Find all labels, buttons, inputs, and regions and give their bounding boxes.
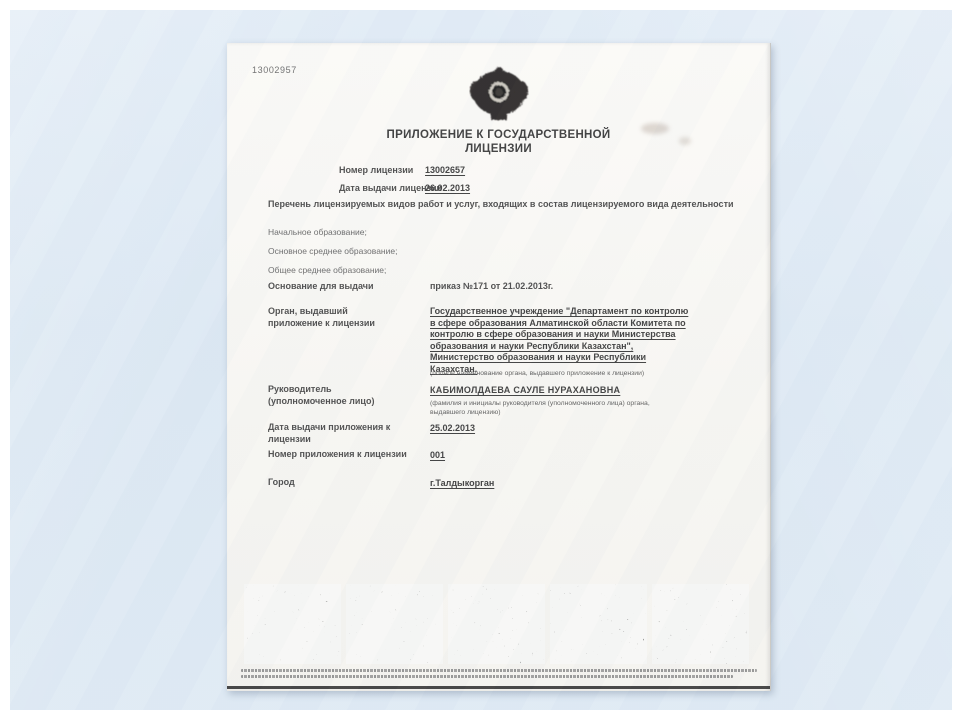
- city-value: г.Талдыкорган: [430, 478, 494, 490]
- scanned-license-document: 13002957: [227, 43, 771, 691]
- fine-print-line: [241, 669, 757, 672]
- serial-number: 13002957: [252, 65, 297, 75]
- appendix-number-label: Номер приложения к лицензии: [268, 449, 418, 461]
- license-number-value: 13002657: [425, 165, 465, 177]
- authority-label: Орган, выдавший приложение к лицензии: [268, 306, 398, 329]
- head-caption-line1: (фамилия и инициалы руководителя (уполно…: [430, 400, 730, 409]
- basis-value: приказ №171 от 21.02.2013г.: [430, 281, 553, 293]
- scope-item-basic-secondary-education: Основное среднее образование;: [268, 246, 397, 258]
- authority-value-line: в сфере образования Алматинской области …: [430, 318, 686, 330]
- basis-label: Основание для выдачи: [268, 281, 374, 293]
- authority-caption: (полное наименование органа, выдавшего п…: [430, 370, 730, 379]
- document-content: 13002957: [227, 43, 770, 691]
- appendix-date-label: Дата выдачи приложения к лицензии: [268, 422, 418, 445]
- document-title-line2: ЛИЦЕНЗИИ: [227, 142, 770, 156]
- authority-value-line: контролю в сфере образования и науки Мин…: [430, 329, 676, 341]
- authority-value-line: Государственное учреждение "Департамент …: [430, 306, 688, 318]
- security-barcode-block: [550, 584, 647, 664]
- security-barcode-block: [448, 584, 545, 664]
- security-barcode-block: [244, 584, 341, 664]
- appendix-date-value: 25.02.2013: [430, 423, 475, 435]
- city-label: Город: [268, 477, 295, 489]
- scope-heading: Перечень лицензируемых видов работ и усл…: [268, 199, 738, 211]
- fine-print-line: [241, 675, 733, 678]
- document-title-line1: ПРИЛОЖЕНИЕ К ГОСУДАРСТВЕННОЙ: [227, 128, 770, 142]
- security-barcode-block: [652, 584, 749, 664]
- scan-edge-line: [227, 686, 770, 689]
- security-barcode-block: [346, 584, 443, 664]
- scope-item-general-secondary-education: Общее среднее образование;: [268, 265, 386, 277]
- appendix-number-value: 001: [430, 450, 445, 462]
- head-caption-line2: выдавшего лицензию): [430, 409, 730, 418]
- head-label: Руководитель (уполномоченное лицо): [268, 384, 393, 407]
- authority-value-line: Министерство образования и науки Республ…: [430, 352, 646, 364]
- head-value: КАБИМОЛДАЕВА САУЛЕ НУРАХАНОВНА: [430, 385, 620, 397]
- scope-item-primary-education: Начальное образование;: [268, 227, 367, 239]
- license-date-value: 26.02.2013: [425, 183, 470, 195]
- authority-value-line: образования и науки Республики Казахстан…: [430, 341, 633, 353]
- slide-background: 13002957: [10, 10, 952, 710]
- document-title: ПРИЛОЖЕНИЕ К ГОСУДАРСТВЕННОЙ ЛИЦЕНЗИИ: [227, 128, 770, 156]
- kazakhstan-coat-of-arms-icon: [469, 63, 529, 125]
- security-barcode-blocks: [227, 583, 770, 667]
- license-number-label: Номер лицензии: [339, 165, 413, 177]
